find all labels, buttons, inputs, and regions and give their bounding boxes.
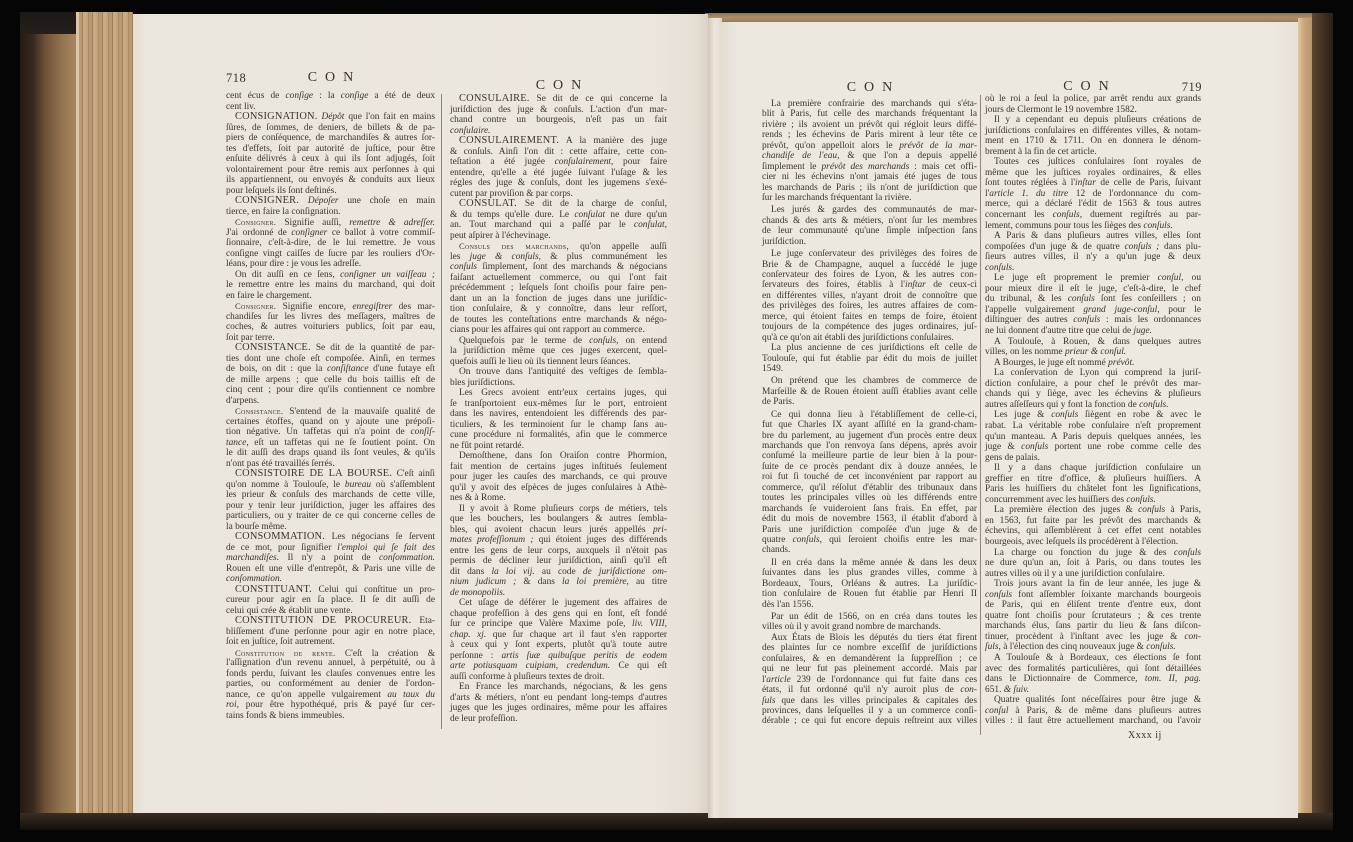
text-line: qu'un manteau. A Paris depuis quelques a… (985, 432, 1201, 443)
paragraph: CONSTITUTION DE PROCUREUR. Eta-bliſſemen… (226, 616, 435, 648)
text-run: auſſi conforme à pluſieurs textes de dro… (450, 672, 604, 682)
text-run: qu'il y avoit des eſpèces de juges conſu… (450, 483, 667, 493)
text-run: cutent par proviſion & par corps. (450, 189, 573, 199)
text-run: , ou (1181, 273, 1201, 283)
text-run: & dans (516, 577, 562, 587)
text-run: dant un an la fonction de juges dans une… (450, 294, 667, 304)
text-line: diction conſulaire, a pour chef le prévô… (985, 379, 1201, 390)
paragraph: cent écus de conſige : la conſige a été … (226, 91, 435, 112)
text-line: de bois, on dit : que la conſiſtance d'u… (226, 364, 435, 375)
text-run: , qu'on appelle auſſi (566, 242, 667, 252)
text-run: toutes les principales villes où les dif… (762, 493, 977, 503)
text-run: Par un édit de 1566, on en créa dans tou… (771, 612, 977, 622)
text-line: CONSIGNER. Dépoſer une choſe en main (226, 196, 435, 207)
text-run: Aux États de Blois les députés du tiers … (771, 633, 977, 643)
paragraph: La conſervation de Lyon qui comprend la … (985, 368, 1201, 410)
text-run: font aſſembler ſoixante marchands bourge… (1012, 590, 1201, 600)
italic-text: liv. VIII, (632, 619, 667, 629)
text-line: conſervateur des foires de Lyon, & les a… (762, 270, 977, 280)
text-run: entre les gens de leur corps, auxquels i… (450, 546, 667, 556)
text-run: & conſuls. Ainſi l'on dit : cette affair… (450, 147, 667, 157)
text-run: ties dont une choſe eſt compoſée. Ainſi,… (226, 354, 435, 364)
text-run: de toutes les conteſtations entre marcha… (450, 315, 667, 325)
text-run: A la manière des juge (559, 136, 667, 146)
paragraph: CONSISTOIRE DE LA BOURSE. C'eſt ainſiqu'… (226, 469, 435, 532)
paragraph: La plus ancienne de ces juriſdictions eſ… (762, 343, 977, 374)
italic-text: conſiſ- (411, 427, 435, 437)
text-line: Il y a dans chaque juriſdiction conſulai… (985, 463, 1201, 474)
text-line: Cet uſage de déférer le jugement des aff… (450, 598, 667, 609)
text-line: en différentes villes, n'ayant droit de … (762, 291, 977, 301)
text-line: autres villes où il y a une juriſdiction… (985, 569, 1201, 580)
text-run: qui étoient juges des différends (533, 535, 667, 545)
text-line: ſur les marchands fréquentant la rivière… (762, 193, 977, 203)
headword: CONSULAT. (459, 198, 517, 209)
text-line: gens de palais. (985, 453, 1201, 464)
paragraph: Consuls des marchands, qu'on appelle auſ… (450, 241, 667, 336)
text-line: quatre conſuls, qui ſeroient choiſis ent… (762, 535, 977, 545)
text-run: cinq cent ; pour dire qu'ils contiennent… (226, 385, 435, 395)
text-run: en 1563, fut faite par les prévôt des ma… (985, 516, 1201, 526)
text-run: Ce qui donna lieu à l'établiſſement de c… (771, 410, 977, 420)
text-line: conſul à Paris, & de même dans pluſieurs… (985, 706, 1201, 717)
text-run: conſigne vingt caiſſes de ſucre par les … (226, 249, 435, 259)
text-run: ſionnaire, c'eſt-à-dire, de le lui remet… (226, 238, 435, 248)
text-run: Le juge conſervateur des privilèges des … (771, 249, 977, 259)
italic-text: chap. xj. (450, 630, 486, 640)
italic-text: prévôt des marchands (821, 162, 909, 172)
text-run: villes, on les nomme (985, 347, 1065, 357)
text-run: , à l'élection des cinq nouveaux juge & (999, 642, 1147, 652)
text-run: que ſur chaque art il faut s'en rapporte… (486, 630, 667, 640)
text-run: commerce, qu'il réſolut d'établir des tr… (762, 483, 977, 493)
text-run: Rouen eſt une ville d'entrepôt, & Paris … (226, 564, 435, 574)
book-cover-edge-left (20, 12, 76, 830)
text-line: Marſeille & de Rouen étoient auſſi établ… (762, 387, 977, 397)
text-line: merce, qui a déclaré l'édit de 1563 & to… (985, 199, 1201, 210)
text-line: perſonne : artis ſuæ quibuſque peritis d… (450, 651, 667, 662)
text-run: que les bouchers, les boulangers & autre… (450, 514, 667, 524)
text-run: La première élection des juges & (994, 505, 1138, 515)
paragraph: Il y a cependant eu depuis pluſieurs cré… (985, 115, 1201, 157)
text-line: qu'à ce qu'on ait établi des juriſdictio… (762, 333, 977, 343)
text-line: toujours de la compétence des juges ordi… (762, 322, 977, 332)
text-line: nance, ce qu'on appelle vulgairement au … (226, 690, 435, 701)
text-run: chand contre un bourgeois, n'eſt pas un … (450, 115, 667, 125)
text-run: au code (535, 567, 583, 577)
text-run: rabat. La véritable robe conſulaire n'eſ… (985, 421, 1201, 431)
text-line: CONSISTOIRE DE LA BOURSE. C'eſt ainſi (226, 469, 435, 480)
text-run: 12 de l'ordonnance du com- (1068, 189, 1201, 199)
text-line: Toutes ces juſtices conſulaires ſont roy… (985, 157, 1201, 168)
headword: CONSIGNATION. (235, 111, 318, 122)
text-line: piers de conſéquence, de marchandiſes & … (226, 133, 435, 144)
text-line: en faire le chargement. (226, 291, 435, 302)
paragraph: Consigner. Signifie auſſi, remettre & ad… (226, 217, 435, 270)
signature-mark: Xxxx ij (1128, 731, 1162, 741)
column-rule (441, 94, 442, 729)
text-line: édit du mois de novembre 1563, il établi… (762, 514, 977, 524)
text-run: conſulaires, & en demandèrent la ſuppreſ… (762, 654, 977, 664)
text-line: auſſi conforme à pluſieurs textes de dro… (450, 672, 667, 683)
text-run: Quelquefois par le terme de (459, 336, 589, 346)
text-line: blit à Paris, fut celle des marchands fr… (762, 109, 977, 119)
text-line: CONSULAT. Se dit de la charge de conſul, (450, 199, 667, 210)
text-run: du tribunal, & les (985, 294, 1068, 304)
text-run: chaque profeſſion à des gens qui en ſont… (450, 609, 667, 619)
text-line: l'article 239 de l'ordonnance qui fut fa… (762, 675, 977, 685)
text-line: Bordeaux, Tours, Orléans & autres. La ju… (762, 579, 977, 589)
text-line: bourgeois, avec leſquels ils procédèrent… (985, 537, 1201, 548)
text-line: Il y a cependant eu depuis pluſieurs cré… (985, 115, 1201, 126)
text-run: piers de conſéquence, de marchandiſes & … (226, 133, 435, 143)
text-run: juge & (985, 442, 1021, 452)
text-run: ſont ſes conſeillers ; on (1095, 294, 1201, 304)
page-stack-edge-left (76, 12, 133, 818)
text-line: les prieur & conſuls des marchands de ce… (226, 490, 435, 501)
text-line: avec des formalités particulières, qui ſ… (985, 664, 1201, 675)
text-run: coches, & autres voituriers publics, ſoi… (226, 322, 435, 332)
text-line: d'arts & métiers, n'ont eu pendant long-… (450, 693, 667, 704)
text-run: les (450, 252, 470, 262)
italic-text: enregiſtrer (352, 302, 392, 312)
text-line: qu'il y avoit des eſpèces de juges conſu… (450, 483, 667, 494)
italic-text: conſul (1158, 273, 1181, 283)
paragraph: Les Grecs avoient entr'eux certains juge… (450, 388, 667, 451)
text-run: ne fût point retardé. (450, 441, 524, 451)
text-line: juriſdiction des juge & conſuls. L'actio… (450, 105, 667, 116)
text-run: jours de Clermont le 19 novembre 1582. (985, 105, 1137, 115)
text-run: Bordeaux, Tours, Orléans & autres. La ju… (762, 579, 977, 589)
italic-text: conſul (985, 706, 1008, 716)
text-run: particuliers, ou y traiter de ce qui con… (226, 511, 435, 521)
text-run: léans, pour dire : je vous les adreſſe. (226, 259, 361, 269)
italic-text: conſulat (574, 210, 605, 220)
text-line: tains fonds & biens immeubles. (226, 711, 435, 722)
text-run: que dans les villes principales & capita… (776, 696, 977, 706)
italic-text: conſiſtance (327, 364, 369, 374)
text-line: ment en 1710 & 1711. On en donnera le dé… (985, 136, 1201, 147)
text-line: La première élection des juges & conſuls… (985, 505, 1201, 516)
text-line: autres aſſeſſeurs qui y font la fonction… (985, 400, 1201, 411)
running-head: CON (985, 80, 1187, 94)
text-run: A Bourges, le juge eſt nommé (994, 358, 1108, 368)
paragraph: On dit auſſi en ce ſens, conſigner un va… (226, 270, 435, 302)
text-run: dans plu- (1159, 242, 1201, 252)
text-line: quefois auſſi le lieu où ils tiennent le… (450, 357, 667, 368)
text-line: greffier en titre d'office, & pluſieurs … (985, 474, 1201, 485)
text-line: conſuls ſimplement, ſont des marchands &… (450, 262, 667, 273)
text-run: où s'aſſemblent (371, 480, 435, 490)
text-line: fait mention de certains juges inſtitués… (450, 462, 667, 473)
text-line: parties, ou conformément au denier de l'… (226, 679, 435, 690)
text-run: chandiſes ſur les livres des meſſagers, … (226, 312, 435, 322)
text-line: même que les juſtices royales ordinaires… (985, 168, 1201, 179)
italic-text: conſulaire. (450, 126, 491, 136)
text-line: conſulaires, & en demandèrent la ſuppreſ… (762, 654, 977, 664)
text-run: villes où il y avoit grand nombre de mar… (762, 622, 941, 632)
text-run: La charge ou fonction du juge & des (994, 548, 1174, 558)
page-number: 719 (1178, 81, 1202, 94)
text-run: bre du parlement, au jugement d'un procè… (762, 431, 977, 441)
paragraph: Demoſthene, dans ſon Oraiſon contre Phor… (450, 451, 667, 504)
text-line: tance, eſt un taffetas qui ne ſe ſoutien… (226, 438, 435, 449)
text-line: peut aſpirer à l'échevinage. (450, 231, 667, 242)
text-run: , eſt un taffetas qui ne ſe ſoutient poi… (246, 438, 435, 448)
text-line: le remettre entre les mains du marchand,… (226, 280, 435, 291)
text-line: échevins, qui aſſemblèrent à cet effet c… (985, 526, 1201, 537)
text-line: dérable ; ce qui fut encore depuis reſtr… (762, 716, 977, 726)
text-run: ſimplement, ſont des marchands & négocia… (477, 262, 667, 272)
text-run: Cet uſage de déférer le jugement des aff… (459, 598, 667, 608)
text-run: ſimplement le (762, 162, 821, 172)
text-run: d'arts & métiers, n'ont eu pendant long-… (450, 693, 667, 703)
text-line: Paris une juriſdiction compoſée d'un jug… (762, 525, 977, 535)
paragraph: Toutes ces juſtices conſulaires ſont roy… (985, 157, 1201, 231)
text-run: Il n'y a point de (279, 553, 379, 563)
text-run: ſûres, de ſommes, de deniers, de billets… (226, 123, 435, 133)
text-line: Il en créa dans la même année & dans les… (762, 558, 977, 568)
text-line: A Bourges, le juge eſt nommé prévôt. (985, 358, 1201, 369)
text-run: villes : il faut être actuellement march… (985, 716, 1201, 726)
text-line: ſimplement le prévôt des marchands : mai… (762, 162, 977, 172)
paragraph: Les jurés & gardes des communautés de ma… (762, 205, 977, 247)
text-line: de mille arpens ; que celle du bois tail… (226, 375, 435, 386)
text-line: tion négative. Un taffetas qui n'a point… (226, 427, 435, 438)
text-line: Aux États de Blois les députés du tiers … (762, 633, 977, 643)
text-line: ne lui donnent d'autre titre que celui d… (985, 326, 1201, 337)
text-run: On prétend que les chambres de commerce … (771, 376, 977, 386)
paragraph: où le roi a ſeul la police, par arrêt re… (985, 94, 1201, 115)
text-run: , qui ſeroient choiſis entre les mar- (820, 535, 977, 545)
text-run: Demoſthene, dans ſon Oraiſon contre Phor… (459, 451, 667, 461)
text-run: d'arpens. (226, 396, 259, 406)
text-run: Les négocians ſe ſervent (325, 532, 435, 542)
italic-text: tom. II, pag. (1145, 674, 1201, 684)
headword: CONSTITUTION DE PROCUREUR. (235, 615, 411, 626)
text-run: Les jurés & gardes des communautés de ma… (771, 205, 977, 215)
paragraph: Aux États de Blois les députés du tiers … (762, 633, 977, 727)
text-line: entre les gens de leur corps, auxquels i… (450, 546, 667, 557)
text-line: cinq cent ; pour dire qu'ils contiennent… (226, 385, 435, 396)
text-run: pour leſquels ils ſont deſtinés. (226, 186, 337, 196)
text-line: CONSTITUANT. Celui qui conſtitue un pro- (226, 585, 435, 596)
text-run: ne dure qu'un (605, 210, 667, 220)
text-line: On prétend que les chambres de commerce … (762, 376, 977, 386)
text-run: portent une robe comme celle des (1048, 442, 1201, 452)
text-run: quefois auſſi le lieu où ils tiennent le… (450, 357, 630, 367)
text-run: juriſdiction. (762, 237, 806, 247)
text-run: l'appelle vulgairement (985, 305, 1083, 315)
text-line: que les bouchers, les boulangers & autre… (450, 514, 667, 525)
headword-smallcaps: Constitution de rente. (235, 648, 335, 658)
text-line: en 1563, fut faite par les prévôt des ma… (985, 516, 1201, 527)
text-line: toutes les principales villes où les dif… (762, 493, 977, 503)
text-line: En France les marchands, négocians, & le… (450, 682, 667, 693)
text-run: faiſant actuellement commerce, ou qui l'… (450, 273, 667, 283)
text-run: la bourſe même. (226, 522, 287, 532)
text-line: chand contre un bourgeois, n'eſt pas un … (450, 115, 667, 126)
paragraph: Consistance. S'entend de la mauvaiſe qua… (226, 406, 435, 469)
italic-text: de monopoliis. (450, 588, 505, 598)
text-run: tion négative. Un taffetas qui n'a point… (226, 427, 411, 437)
text-run: fonds perdu, ſuivant les clauſes convenu… (226, 669, 435, 679)
text-line: ſuivantes dans les plus grandes villes, … (762, 568, 977, 578)
text-line: de monopoliis. (450, 588, 667, 599)
italic-text: marchandiſes. (226, 553, 279, 563)
text-line: de ce mot, pour ſignifier l'emploi qui ſ… (226, 543, 435, 554)
page-top-edge (705, 13, 1333, 22)
text-run: de Paris. (762, 397, 794, 407)
text-run: tierce, en faire la conſignation. (226, 207, 341, 217)
text-line: le dit auſſi des draps quand ils ſont ve… (226, 448, 435, 459)
italic-text: conſuls (1051, 410, 1078, 420)
text-run: lement, communs pour tous les ſièges des (985, 221, 1143, 231)
text-run: à ceux qui y ſont experts, plutôt qu'à t… (450, 640, 667, 650)
text-run: concernant les (985, 210, 1053, 220)
headword: CONSULAIREMENT. (459, 135, 559, 146)
text-run: de ce mot, pour ſignifier (226, 543, 337, 553)
text-line: où le roi a ſeul la police, par arrêt re… (985, 94, 1201, 105)
text-run: celui qui crée & établit une vente. (226, 606, 353, 616)
text-run: concurremment avec les huiſſiers des (985, 495, 1126, 505)
text-run: 1549. (762, 364, 783, 374)
text-line: ſont toutes réglées à l'inſtar de celle … (985, 178, 1201, 189)
text-run: S'entend de la mauvaiſe qualité de (283, 407, 435, 417)
text-line: cians pour les affaires qui ont rapport … (450, 325, 667, 336)
text-line: cent écus de conſige : la conſige a été … (226, 91, 435, 102)
text-line: particuliers, ou y traiter de ce qui con… (226, 511, 435, 522)
text-run: La conſervation de Lyon qui comprend la … (994, 368, 1201, 378)
text-line: Les Grecs avoient entr'eux certains juge… (450, 388, 667, 399)
text-line: quatre ſont choiſis pour ſcrutateurs ; &… (985, 611, 1201, 622)
paragraph: La première élection des juges & conſuls… (985, 505, 1201, 547)
text-run: chands qui y ſiège, avec les échevins & … (985, 389, 1201, 399)
text-line: coches, & autres voituriers publics, ſoi… (226, 322, 435, 333)
text-line: compoſées d'un juge & de quatre conſuls … (985, 242, 1201, 253)
text-line: La charge ou fonction du juge & des conſ… (985, 548, 1201, 559)
italic-text: conſige (341, 91, 369, 101)
text-run: tion conſulaire, & y connoître, dans leu… (450, 304, 667, 314)
italic-text: conſuls (1073, 315, 1100, 325)
text-run: ne lui donnent d'autre titre que celui d… (985, 326, 1134, 336)
text-line: Il y avoit à Rome pluſieurs corps de mét… (450, 504, 667, 515)
text-line: nium judicum ; & dans la loi première, a… (450, 577, 667, 588)
text-line: chands qui y ſiège, avec les échevins & … (985, 389, 1201, 400)
text-run: Trois jours avant la fin de leur année, … (994, 579, 1201, 589)
italic-text: arte potiusquam cuipiam, credendum. (450, 661, 610, 671)
text-run: , on entend (616, 336, 667, 346)
italic-text: conſuls (1174, 548, 1201, 558)
headword: CONSIGNER. (235, 195, 299, 206)
text-run: enſuite délivrés à ceux à qui ils ſont a… (226, 154, 435, 164)
headword: CONSTITUANT. (235, 584, 312, 595)
text-line: les marchands de Paris ; ils n'ont de ju… (762, 183, 977, 193)
text-run: juriſdictions conſulaires en différentes… (985, 126, 1201, 136)
text-run: juges que les juges ordinaires, même pou… (450, 703, 667, 713)
text-line: jours de Clermont le 19 novembre 1582. (985, 105, 1201, 116)
paragraph: Les juge & conſuls ſiègent en robe & ave… (985, 410, 1201, 463)
text-run: dans les navires, entendoient les différ… (450, 409, 667, 419)
text-run: Toulouſe, qui fut établie par édit du mo… (762, 354, 977, 364)
text-line: tion conſulaire, & y connoître, dans leu… (450, 304, 667, 315)
text-line: CONSULAIRE. Se dit de ce qui concerne la (450, 94, 667, 105)
text-line: A Paris & dans pluſieurs autres villes, … (985, 231, 1201, 242)
text-line: Consistance. S'entend de la mauvaiſe qua… (226, 406, 435, 417)
text-line: concurremment avec les huiſſiers des con… (985, 495, 1201, 506)
text-line: juriſdiction. (762, 237, 977, 247)
text-line: CONSISTANCE. Se dit de la quantité de pa… (226, 343, 435, 354)
text-run: , & plus communément les (539, 252, 667, 262)
italic-text: conſuls. (985, 263, 1014, 273)
text-run: , duement regiſtrés au par- (1080, 210, 1201, 220)
text-line: Constitution de rente. C'eſt la création… (226, 648, 435, 659)
text-line: arte potiusquam cuipiam, credendum. Ce q… (450, 661, 667, 672)
text-run: conſumé la meilleure partie de leur bien… (762, 451, 977, 461)
paragraph: La charge ou fonction du juge & des conſ… (985, 548, 1201, 580)
text-line: enſuite délivrés à ceux à qui ils ſont a… (226, 154, 435, 165)
text-line: la juriſdiction même que ces juges exerc… (450, 346, 667, 357)
text-run: d'une futaye eſt (369, 364, 435, 374)
text-run: brement à la fin de cet article. (985, 147, 1097, 157)
text-run: entendre, qu'elle a été jugée ſuivant l'… (450, 168, 667, 178)
text-line: ne fût point retardé. (450, 441, 667, 452)
text-run: , & que l'on a depuis appellé (837, 151, 977, 161)
text-line: dant un an la fonction de juges dans une… (450, 294, 667, 305)
text-line: Par un édit de 1566, on en créa dans tou… (762, 612, 977, 622)
text-run: bles juriſdictions. (450, 378, 515, 388)
text-line: merce, qui étoient faites en temps de fo… (762, 312, 977, 322)
text-line: Le juge conſervateur des privilèges des … (762, 249, 977, 259)
book-cover-corner (20, 12, 76, 34)
text-run: toujours de la compétence des juges ordi… (762, 322, 977, 332)
text-run: C'eſt la création & (335, 649, 435, 659)
text-line: cier ni les échevins n'ont jamais été ju… (762, 172, 977, 182)
text-run: les prieur & conſuls des marchands de ce… (226, 490, 435, 500)
text-line: concernant les conſuls, duement regiſtré… (985, 210, 1201, 221)
text-run: perſonne : (450, 651, 501, 661)
text-line: de toutes les conteſtations entre marcha… (450, 315, 667, 326)
paragraph: A Bourges, le juge eſt nommé prévôt. (985, 358, 1201, 369)
text-line: La conſervation de Lyon qui comprend la … (985, 368, 1201, 379)
text-line: villes où il y avoit grand nombre de mar… (762, 622, 977, 632)
text-line: conſigne vingt caiſſes de ſucre par les … (226, 249, 435, 260)
paragraph: Il en créa dans la même année & dans les… (762, 558, 977, 610)
italic-text: prieur & conſul. (1065, 347, 1126, 357)
text-line: Paris les huiſſiers du châtelet font les… (985, 484, 1201, 495)
text-run: précédemment ; leſquels ſont choiſis pou… (450, 283, 667, 293)
text-run: Se dit de la quantité de par- (311, 343, 435, 353)
text-run: nance, ce qu'on appelle vulgairement (226, 690, 387, 700)
italic-text: la loi vij. (491, 567, 534, 577)
text-run: de Paris, qui en éliſent trente d'entre … (985, 600, 1201, 610)
text-line: qui ne leur fut pas pleinement accordé. … (762, 664, 977, 674)
text-run: Le juge eſt proprement le premier (994, 273, 1158, 283)
text-run: Les juge & (994, 410, 1051, 420)
text-line: tierce, en faire la conſignation. (226, 207, 435, 218)
text-run: ſur les marchands fréquentant la rivière… (762, 193, 911, 203)
italic-text: inſtar (1075, 178, 1096, 188)
text-run: à Paris, & de même dans pluſieurs autres (1008, 706, 1201, 716)
text-line: villes : il faut être actuellement march… (985, 716, 1201, 727)
text-run: Toutes ces juſtices conſulaires ſont roy… (994, 157, 1201, 167)
paragraph: Par un édit de 1566, on en créa dans tou… (762, 612, 977, 633)
text-run: ſuivantes dans les plus grandes villes, … (762, 568, 977, 578)
text-line: pour y tenir leur juriſdiction, juger le… (226, 501, 435, 512)
text-line: l'aſſignation d'un revenu annuel, à perp… (226, 658, 435, 669)
text-run: rivière ; ils avoient un prévôt qui régl… (762, 120, 977, 130)
text-line: chands. (762, 545, 977, 555)
